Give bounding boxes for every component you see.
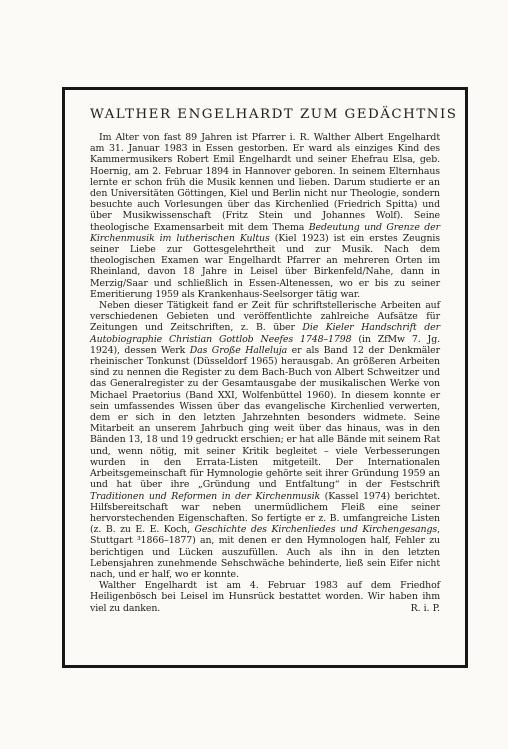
document-page: { "colors": { "paper": "#fbfaf7", "ink":… (0, 0, 508, 749)
work-title-italic: Geschichte des Kirchenliedes und Kirchen… (195, 524, 438, 535)
work-title-italic: Das Große Halleluja (190, 345, 287, 356)
work-title-italic: Traditionen und Reformen in der Kirchenm… (90, 491, 320, 502)
obituary-paragraphs: Im Alter von fast 89 Jahren ist Pfarrer … (90, 132, 440, 614)
body-text: Im Alter von fast 89 Jahren ist Pfarrer … (90, 132, 440, 233)
obituary-paragraph: Neben dieser Tätigkeit fand er Zeit für … (90, 300, 440, 580)
body-text: er als Band 12 der Denkmäler rheinischer… (90, 345, 440, 490)
page-title: WALTHER ENGELHARDT ZUM GEDÄCHTNIS (90, 107, 440, 122)
memorial-box: WALTHER ENGELHARDT ZUM GEDÄCHTNIS Im Alt… (62, 87, 468, 668)
obituary-paragraph: Im Alter von fast 89 Jahren ist Pfarrer … (90, 132, 440, 300)
